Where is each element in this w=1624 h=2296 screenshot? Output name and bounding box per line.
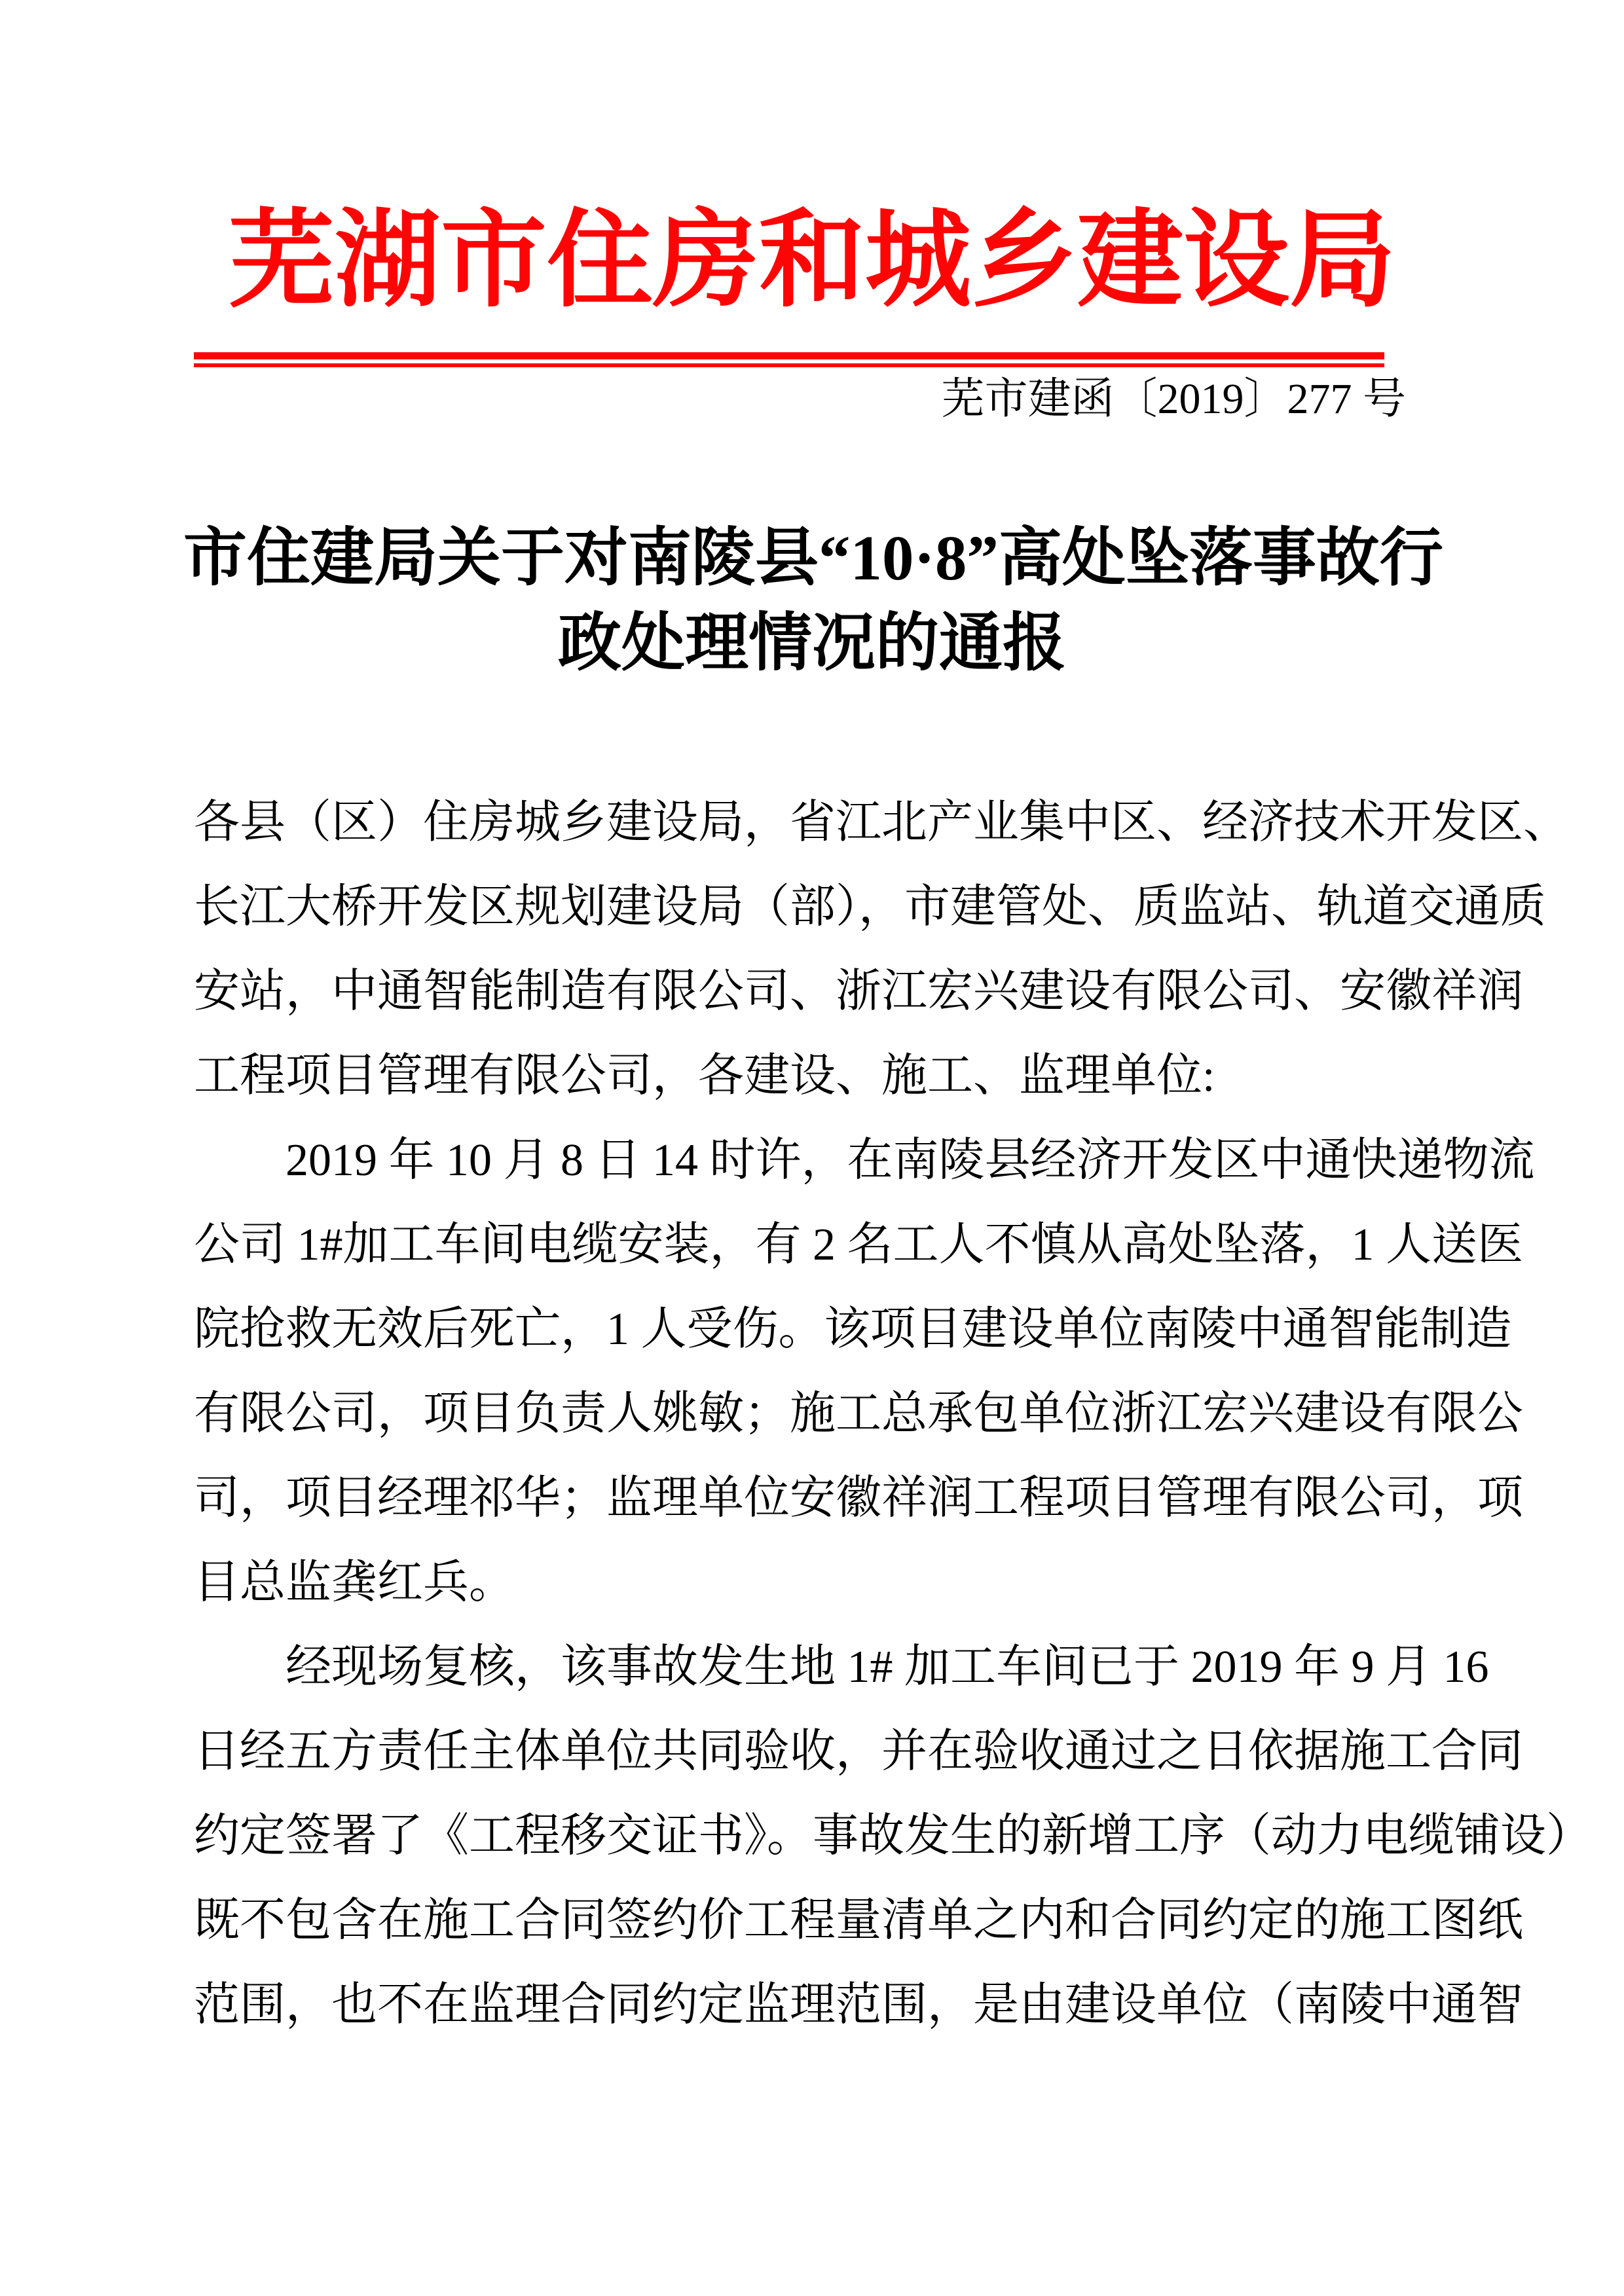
body-line: 既不包含在施工合同签约价工程量清单之内和合同约定的施工图纸: [194, 1878, 1434, 1963]
body-line: 经现场复核，该事故发生地 1# 加工车间已于 2019 年 9 月 16: [194, 1625, 1434, 1709]
body-line: 公司 1#加工车间电缆安装，有 2 名工人不慎从高处坠落，1 人送医: [194, 1203, 1434, 1287]
document-page: 芜湖市住房和城乡建设局 芜市建函〔2019〕277 号 市住建局关于对南陵县“1…: [0, 0, 1624, 2296]
body-line: 司，项目经理祁华；监理单位安徽祥润工程项目管理有限公司，项: [194, 1456, 1434, 1540]
body-line: 约定签署了《工程移交证书》。事故发生的新增工序（动力电缆铺设）: [194, 1794, 1434, 1878]
red-separator-rule: [194, 352, 1384, 367]
body-line: 目总监龚红兵。: [194, 1540, 1434, 1625]
document-title-line-1: 市住建局关于对南陵县“10·8”高处坠落事故行: [183, 516, 1441, 601]
document-reference-number: 芜市建函〔2019〕277 号: [194, 367, 1406, 432]
body-text: 各县（区）住房城乡建设局，省江北产业集中区、经济技术开发区、长江大桥开发区规划建…: [194, 780, 1434, 2047]
body-line: 有限公司，项目负责人姚敏；施工总承包单位浙江宏兴建设有限公: [194, 1372, 1434, 1456]
body-line: 各县（区）住房城乡建设局，省江北产业集中区、经济技术开发区、: [194, 780, 1434, 865]
body-line: 2019 年 10 月 8 日 14 时许，在南陵县经济开发区中通快递物流: [194, 1118, 1434, 1203]
body-line: 安站，中通智能制造有限公司、浙江宏兴建设有限公司、安徽祥润: [194, 949, 1434, 1034]
document-title-line-2: 政处理情况的通报: [183, 601, 1441, 686]
body-line: 院抢救无效后死亡，1 人受伤。该项目建设单位南陵中通智能制造: [194, 1287, 1434, 1372]
body-line: 工程项目管理有限公司，各建设、施工、监理单位:: [194, 1034, 1434, 1118]
document-title: 市住建局关于对南陵县“10·8”高处坠落事故行 政处理情况的通报: [183, 516, 1441, 686]
body-line: 范围，也不在监理合同约定监理范围，是由建设单位（南陵中通智: [194, 1963, 1434, 2047]
body-line: 长江大桥开发区规划建设局（部），市建管处、质监站、轨道交通质: [194, 865, 1434, 949]
body-line: 日经五方责任主体单位共同验收，并在验收通过之日依据施工合同: [194, 1709, 1434, 1794]
agency-masthead: 芜湖市住房和城乡建设局: [183, 196, 1441, 327]
red-rule-thick-bar: [194, 352, 1384, 359]
